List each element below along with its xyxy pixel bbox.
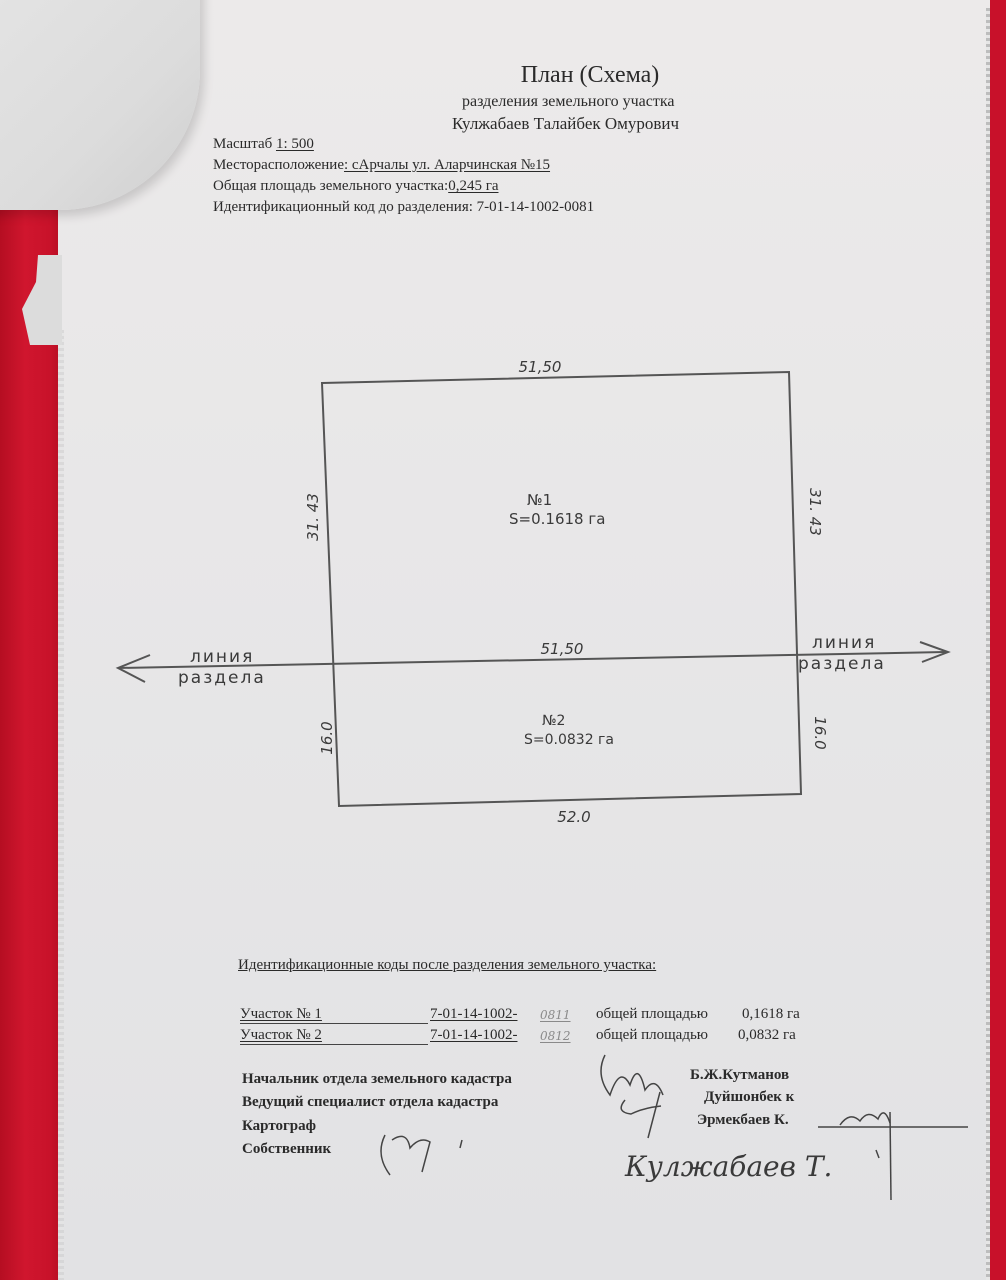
plot-area-value: 0,1618 га [742, 1006, 800, 1023]
division-label-left-word2: раздела [178, 668, 266, 688]
plot-area-value: 0,0832 га [738, 1027, 796, 1044]
signature-tick [876, 1150, 879, 1158]
plot1-label: №1 [527, 491, 552, 509]
plot1-area: S=0.1618 га [509, 510, 605, 528]
role-owner: Собственник [242, 1141, 331, 1158]
signature-duishonbek [621, 1092, 661, 1138]
top-length: 51,50 [519, 358, 562, 376]
division-label-right-word2: раздела [798, 654, 886, 674]
name-kutmanov: Б.Ж.Кутманов [690, 1067, 789, 1084]
plot-code-row: Участок № 2 7-01-14-1002- 0812 общей пло… [240, 1027, 840, 1047]
role-cartographer: Картограф [242, 1118, 316, 1135]
division-length: 51,50 [541, 640, 584, 658]
plot-row-label: Участок № 2 [240, 1027, 322, 1044]
plot1-left-side: 31. 43 [304, 493, 322, 541]
name-duishonbek: Дуйшонбек к [704, 1089, 794, 1106]
role-head-of-cadastre: Начальник отдела земельного кадастра [242, 1071, 512, 1088]
plot-code-prefix: 7-01-14-1002- [430, 1006, 517, 1023]
division-label-left-word1: линия [190, 647, 254, 667]
signature-ermekbaev [840, 1113, 890, 1125]
plot-area-label: общей площадью [596, 1027, 708, 1044]
land-plot-plan: 51,50 51,50 52.0 31. 43 31. 43 16.0 16.0… [0, 0, 1006, 1280]
codes-after-heading: Идентификационные коды после разделения … [238, 957, 656, 974]
signature-mark [890, 1112, 891, 1200]
plot2-area: S=0.0832 га [524, 732, 614, 748]
division-label-right-word1: линия [812, 633, 876, 653]
plot2-left-side: 16.0 [318, 721, 336, 754]
plot2-label: №2 [542, 713, 565, 729]
role-lead-specialist: Ведущий специалист отдела кадастра [242, 1094, 498, 1111]
signature-cartographer [381, 1135, 462, 1175]
plot-code-handwritten: 0812 [540, 1029, 571, 1043]
plot-row-label: Участок № 1 [240, 1006, 322, 1023]
signature-kutmanov [601, 1055, 663, 1095]
plot-code-handwritten: 0811 [540, 1008, 571, 1022]
bottom-length: 52.0 [557, 808, 590, 826]
owner-handwritten-signature: Кулжабаев Т. [625, 1150, 832, 1183]
plot-code-row: Участок № 1 7-01-14-1002- 0811 общей пло… [240, 1006, 840, 1026]
plot-area-label: общей площадью [596, 1006, 708, 1023]
plot2-right-side: 16.0 [811, 716, 829, 749]
plot-code-prefix: 7-01-14-1002- [430, 1027, 517, 1044]
name-ermekbaev: Эрмекбаев К. [697, 1112, 789, 1129]
plot1-right-side: 31. 43 [806, 488, 824, 536]
